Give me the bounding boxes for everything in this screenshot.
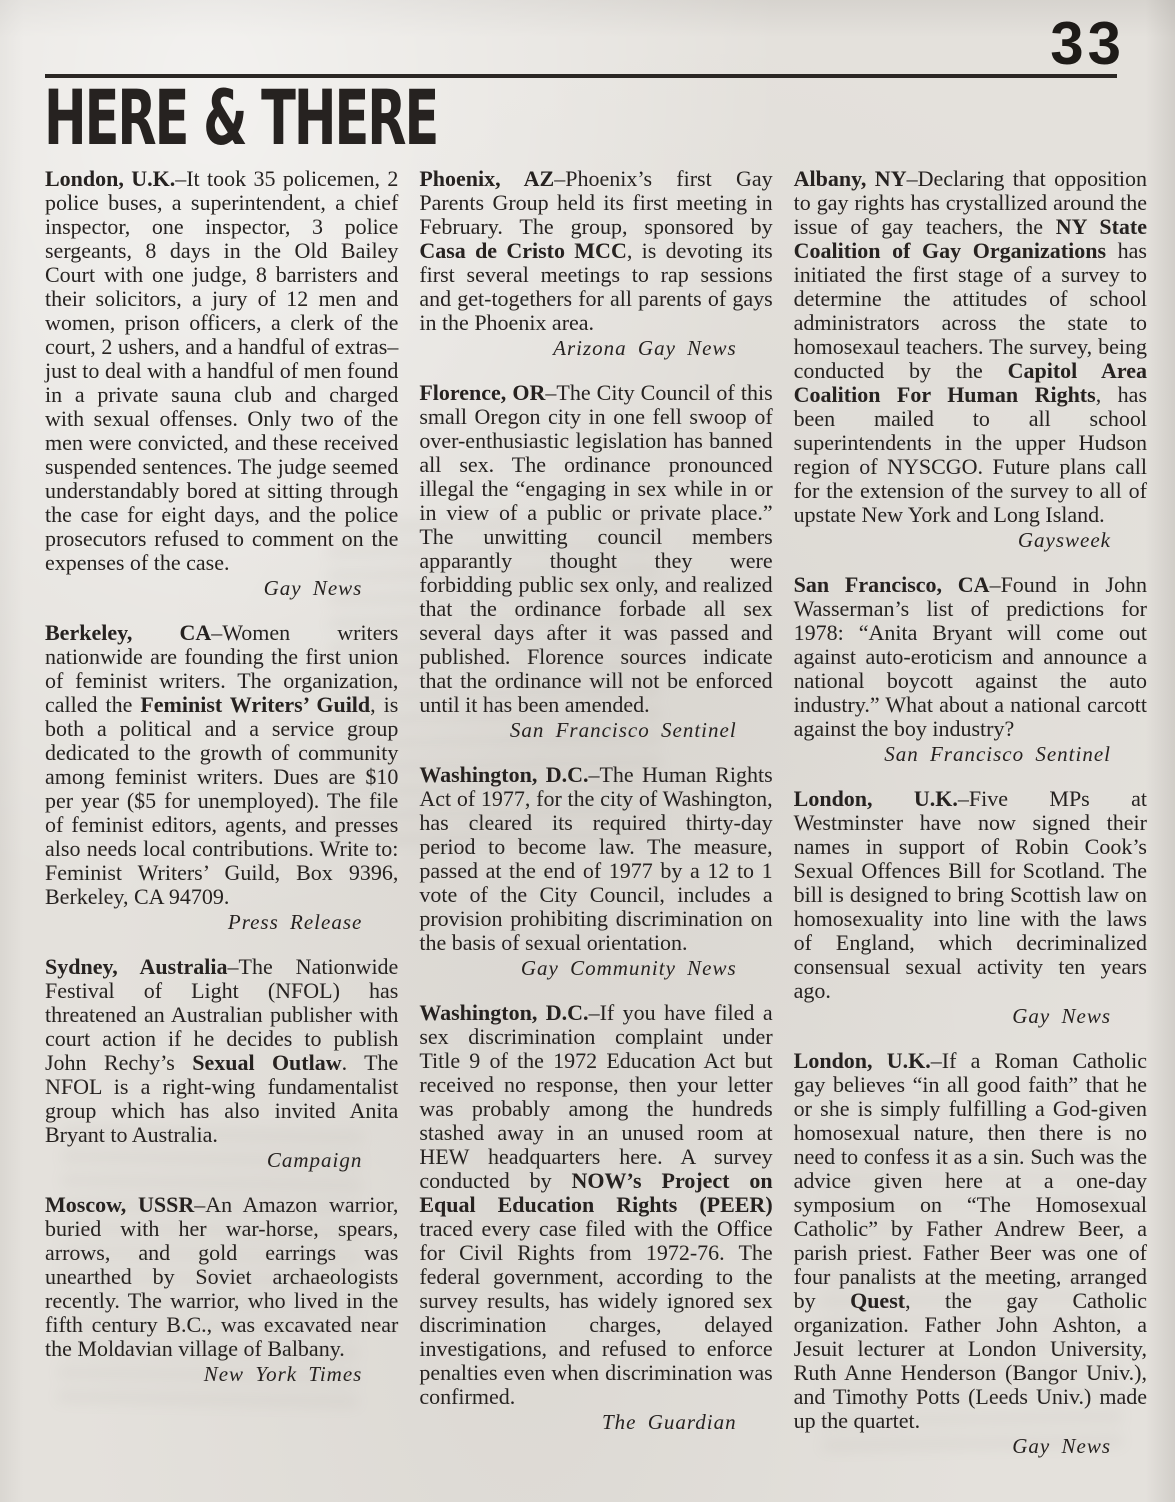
emphasis-text: Casa de Cristo MCC <box>419 238 627 263</box>
news-item: Washington, D.C.–If you have filed a sex… <box>419 1001 772 1434</box>
news-item-source: Campaign <box>45 1148 398 1172</box>
news-item-text: Washington, D.C.–The Human Rights Act of… <box>419 763 772 955</box>
news-text: traced every case filed with the Office … <box>419 1216 772 1409</box>
news-item: Sydney, Australia–The Nationwide Festiva… <box>45 955 398 1172</box>
news-item: Moscow, USSR–An Amazon warrior, buried w… <box>45 1193 398 1386</box>
news-text: –Five MPs at Westminster have now signed… <box>794 786 1147 1003</box>
news-text: –It took 35 policemen, 2 police buses, a… <box>45 166 398 575</box>
news-item-source: The Guardian <box>419 1410 772 1434</box>
news-item: Washington, D.C.–The Human Rights Act of… <box>419 763 772 980</box>
news-item: San Francisco, CA–Found in John Wasserma… <box>794 573 1147 766</box>
column-left: London, U.K.–It took 35 policemen, 2 pol… <box>45 167 398 1479</box>
news-text: –An Amazon warrior, buried with her war-… <box>45 1192 398 1361</box>
news-item-source: San Francisco Sentinel <box>794 742 1147 766</box>
columns-container: London, U.K.–It took 35 policemen, 2 pol… <box>45 167 1147 1479</box>
news-item-location: Washington, D.C. <box>419 1000 588 1025</box>
news-item-source: Gaysweek <box>794 528 1147 552</box>
news-item-source: Arizona Gay News <box>419 336 772 360</box>
news-item-text: Sydney, Australia–The Nationwide Festiva… <box>45 955 398 1147</box>
emphasis-text: Sexual Outlaw <box>192 1050 341 1075</box>
news-item-location: Florence, OR <box>419 380 545 405</box>
news-item: Albany, NY–Declaring that opposition to … <box>794 167 1147 552</box>
news-text: –If a Roman Catholic gay believes “in al… <box>794 1048 1147 1313</box>
news-text: –The City Council of this small Oregon c… <box>419 380 772 717</box>
news-item: London, U.K.–It took 35 policemen, 2 pol… <box>45 167 398 600</box>
news-item: London, U.K.–Five MPs at Westminster hav… <box>794 787 1147 1028</box>
news-item-text: Moscow, USSR–An Amazon warrior, buried w… <box>45 1193 398 1361</box>
news-item-source: Gay News <box>45 576 398 600</box>
news-item-source: San Francisco Sentinel <box>419 718 772 742</box>
news-item-location: Albany, NY <box>794 166 907 191</box>
news-item-location: San Francisco, CA <box>794 572 990 597</box>
news-item-source: New York Times <box>45 1362 398 1386</box>
news-item-location: London, U.K. <box>794 786 958 811</box>
news-item: Berkeley, CA–Women writers nationwide ar… <box>45 621 398 934</box>
news-item-text: Berkeley, CA–Women writers nationwide ar… <box>45 621 398 909</box>
news-text: –The Human Rights Act of 1977, for the c… <box>419 762 772 955</box>
news-item-text: London, U.K.–If a Roman Catholic gay bel… <box>794 1049 1147 1433</box>
column-center: Phoenix, AZ–Phoenix’s first Gay Parents … <box>419 167 772 1479</box>
news-item-source: Press Release <box>45 910 398 934</box>
news-text: –If you have filed a sex discrimination … <box>419 1000 772 1193</box>
emphasis-text: Quest <box>850 1288 905 1313</box>
news-item-location: London, U.K. <box>45 166 175 191</box>
news-item-text: London, U.K.–Five MPs at Westminster hav… <box>794 787 1147 1003</box>
news-item-text: Albany, NY–Declaring that opposition to … <box>794 167 1147 527</box>
news-item-location: Washington, D.C. <box>419 762 588 787</box>
news-item-text: London, U.K.–It took 35 policemen, 2 pol… <box>45 167 398 575</box>
news-item-text: Washington, D.C.–If you have filed a sex… <box>419 1001 772 1409</box>
news-item: London, U.K.–If a Roman Catholic gay bel… <box>794 1049 1147 1458</box>
news-item-source: Gay News <box>794 1004 1147 1028</box>
news-item-source: Gay Community News <box>419 956 772 980</box>
news-item-text: Florence, OR–The City Council of this sm… <box>419 381 772 717</box>
news-item-location: Berkeley, CA <box>45 620 211 645</box>
news-item-location: Sydney, Australia <box>45 954 228 979</box>
page-number: 33 <box>1050 14 1125 74</box>
news-item-source: Gay News <box>794 1434 1147 1458</box>
news-item-location: Moscow, USSR <box>45 1192 194 1217</box>
news-text: , is both a political and a service grou… <box>45 692 398 909</box>
news-item: Florence, OR–The City Council of this sm… <box>419 381 772 742</box>
news-item-location: Phoenix, AZ <box>419 166 554 191</box>
news-item-location: London, U.K. <box>794 1048 931 1073</box>
column-right: Albany, NY–Declaring that opposition to … <box>794 167 1147 1479</box>
section-title: HERE & THERE <box>44 80 437 156</box>
news-text: –Found in John Wasserman’s list of predi… <box>794 572 1147 741</box>
emphasis-text: Feminist Writers’ Guild <box>140 692 370 717</box>
news-item: Phoenix, AZ–Phoenix’s first Gay Parents … <box>419 167 772 360</box>
news-item-text: Phoenix, AZ–Phoenix’s first Gay Parents … <box>419 167 772 335</box>
news-item-text: San Francisco, CA–Found in John Wasserma… <box>794 573 1147 741</box>
newspaper-page: 33 HERE & THERE London, U.K.–It took 35 … <box>0 0 1175 1502</box>
